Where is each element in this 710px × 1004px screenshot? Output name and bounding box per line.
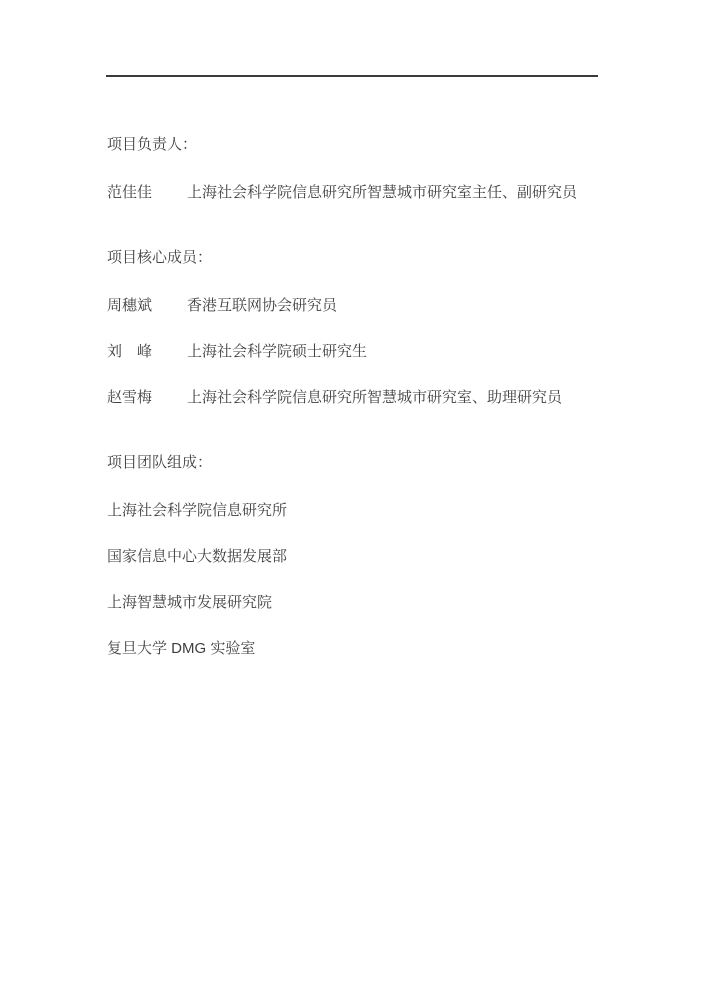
member-row: 刘 峰上海社会科学院硕士研究生 <box>107 344 617 359</box>
member-title: 上海社会科学院信息研究所智慧城市研究室、助理研究员 <box>187 390 617 405</box>
member-row: 周穗斌香港互联网协会研究员 <box>107 298 617 313</box>
top-horizontal-rule <box>106 75 598 77</box>
member-title: 香港互联网协会研究员 <box>187 298 617 313</box>
section-heading: 项目负责人： <box>107 137 617 152</box>
member-title: 上海社会科学院硕士研究生 <box>187 344 617 359</box>
organization-name: 上海智慧城市发展研究院 <box>107 595 272 610</box>
member-name: 范佳佳 <box>107 185 187 200</box>
document-content: 项目负责人：范佳佳上海社会科学院信息研究所智慧城市研究室主任、副研究员项目核心成… <box>107 137 617 687</box>
section-heading: 项目团队组成： <box>107 455 617 470</box>
member-name: 刘 峰 <box>107 344 187 359</box>
organization-row: 上海社会科学院信息研究所 <box>107 503 617 518</box>
section-heading: 项目核心成员： <box>107 250 617 265</box>
member-title: 上海社会科学院信息研究所智慧城市研究室主任、副研究员 <box>187 185 617 200</box>
organization-row: 复旦大学 DMG 实验室 <box>107 641 617 656</box>
section: 项目团队组成：上海社会科学院信息研究所国家信息中心大数据发展部上海智慧城市发展研… <box>107 455 617 656</box>
organization-name: 复旦大学 DMG 实验室 <box>107 641 255 656</box>
organization-name: 上海社会科学院信息研究所 <box>107 503 287 518</box>
organization-name: 国家信息中心大数据发展部 <box>107 549 287 564</box>
organization-row: 国家信息中心大数据发展部 <box>107 549 617 564</box>
section: 项目负责人：范佳佳上海社会科学院信息研究所智慧城市研究室主任、副研究员 <box>107 137 617 200</box>
member-name: 周穗斌 <box>107 298 187 313</box>
section: 项目核心成员：周穗斌香港互联网协会研究员刘 峰上海社会科学院硕士研究生赵雪梅上海… <box>107 250 617 405</box>
organization-row: 上海智慧城市发展研究院 <box>107 595 617 610</box>
member-row: 范佳佳上海社会科学院信息研究所智慧城市研究室主任、副研究员 <box>107 185 617 200</box>
document-page: 项目负责人：范佳佳上海社会科学院信息研究所智慧城市研究室主任、副研究员项目核心成… <box>0 0 710 1004</box>
member-row: 赵雪梅上海社会科学院信息研究所智慧城市研究室、助理研究员 <box>107 390 617 405</box>
member-name: 赵雪梅 <box>107 390 187 405</box>
